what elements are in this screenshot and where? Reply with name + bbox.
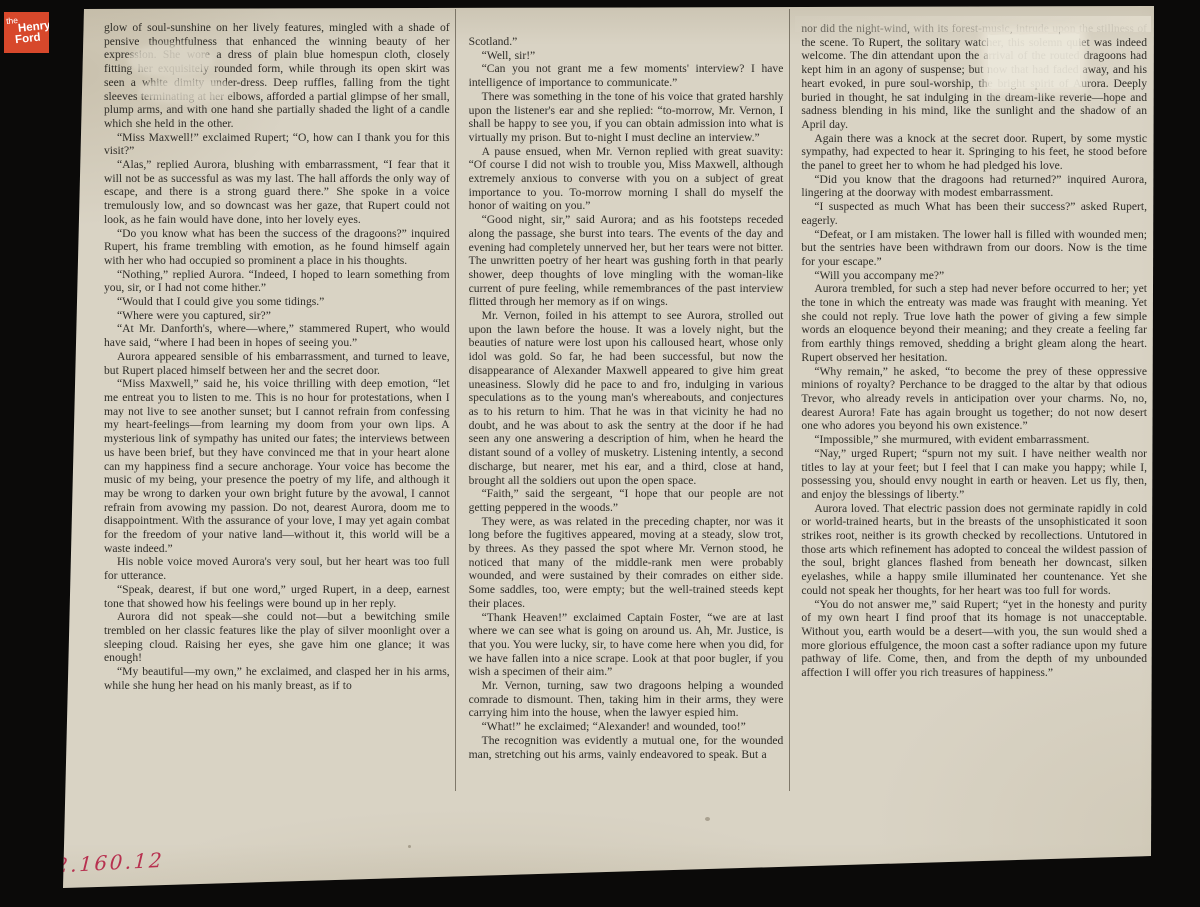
paragraph: “Why remain,” he asked, “to become the p… bbox=[801, 365, 1147, 434]
paper-stain bbox=[705, 817, 710, 821]
paragraph: “Nothing,” replied Aurora. “Indeed, I ho… bbox=[104, 268, 450, 295]
paragraph: “Alas,” replied Aurora, blushing with em… bbox=[104, 158, 450, 227]
paragraph: nor did the night-wind, with its forest-… bbox=[801, 22, 1147, 132]
paragraph: “You do not answer me,” said Rupert; “ye… bbox=[801, 598, 1147, 680]
column-1: glow of soul-sunshine on her lively feat… bbox=[97, 9, 455, 692]
accession-number: 62.160.12 bbox=[39, 848, 164, 879]
paragraph: “Would that I could give you some tiding… bbox=[104, 295, 450, 309]
paragraph: “Will you accompany me?” bbox=[801, 269, 1147, 283]
paragraph: “Good night, sir,” said Aurora; and as h… bbox=[469, 213, 784, 309]
paragraph: They were, as was related in the precedi… bbox=[469, 515, 784, 611]
paragraph: Aurora trembled, for such a step had nev… bbox=[801, 282, 1147, 364]
paragraph: “My beautiful—my own,” he exclaimed, and… bbox=[104, 665, 450, 692]
henry-ford-logo-text: the Henry Ford bbox=[4, 12, 49, 47]
paragraph: “Where were you captured, sir?” bbox=[104, 309, 450, 323]
paragraph: Mr. Vernon, foiled in his attempt to see… bbox=[469, 309, 784, 487]
paragraph: Mr. Vernon, turning, saw two dragoons he… bbox=[469, 679, 784, 720]
paragraph: His noble voice moved Aurora's very soul… bbox=[104, 555, 450, 582]
paragraph: “Well, sir!” bbox=[469, 49, 784, 63]
paragraph: “Faith,” said the sergeant, “I hope that… bbox=[469, 487, 784, 514]
paragraph: “Nay,” urged Rupert; “spurn not my suit.… bbox=[801, 447, 1147, 502]
paragraph: “At Mr. Danforth's, where—where,” stamme… bbox=[104, 322, 450, 349]
paragraph: glow of soul-sunshine on her lively feat… bbox=[104, 21, 450, 131]
paragraph: “Do you know what has been the success o… bbox=[104, 227, 450, 268]
henry-ford-logo: the Henry Ford bbox=[4, 12, 49, 53]
paragraph: “Thank Heaven!” exclaimed Captain Foster… bbox=[469, 611, 784, 680]
paragraph: Aurora appeared sensible of his embarras… bbox=[104, 350, 450, 377]
paragraph: “What!” he exclaimed; “Alexander! and wo… bbox=[469, 720, 784, 734]
paragraph: “Defeat, or I am mistaken. The lower hal… bbox=[801, 228, 1147, 269]
paragraph: “Can you not grant me a few moments' int… bbox=[469, 62, 784, 89]
paragraph: “Speak, dearest, if but one word,” urged… bbox=[104, 583, 450, 610]
paragraph: Aurora loved. That electric passion does… bbox=[801, 502, 1147, 598]
paragraph: “Did you know that the dragoons had retu… bbox=[801, 173, 1147, 200]
paragraph: “Miss Maxwell,” said he, his voice thril… bbox=[104, 377, 450, 555]
newspaper-page: glow of soul-sunshine on her lively feat… bbox=[0, 0, 1200, 907]
paragraph: Again there was a knock at the secret do… bbox=[801, 132, 1147, 173]
column-2: Scotland.” “Well, sir!” “Can you not gra… bbox=[456, 9, 790, 761]
article-columns: glow of soul-sunshine on her lively feat… bbox=[97, 9, 1153, 799]
scanned-document: glow of soul-sunshine on her lively feat… bbox=[0, 0, 1200, 907]
paragraph: The recognition was evidently a mutual o… bbox=[469, 734, 784, 761]
logo-word-ford: Ford bbox=[15, 31, 49, 46]
paragraph: “Miss Maxwell!” exclaimed Rupert; “O, ho… bbox=[104, 131, 450, 158]
paragraph: “Impossible,” she murmured, with evident… bbox=[801, 433, 1147, 447]
paragraph: Aurora did not speak—she could not—but a… bbox=[104, 610, 450, 665]
paper-stain bbox=[408, 845, 411, 848]
paragraph: “I suspected as much What has been their… bbox=[801, 200, 1147, 227]
paragraph: There was something in the tone of his v… bbox=[469, 90, 784, 145]
column-3: nor did the night-wind, with its forest-… bbox=[790, 9, 1153, 680]
paragraph: Scotland.” bbox=[469, 35, 784, 49]
paragraph: A pause ensued, when Mr. Vernon replied … bbox=[469, 145, 784, 214]
